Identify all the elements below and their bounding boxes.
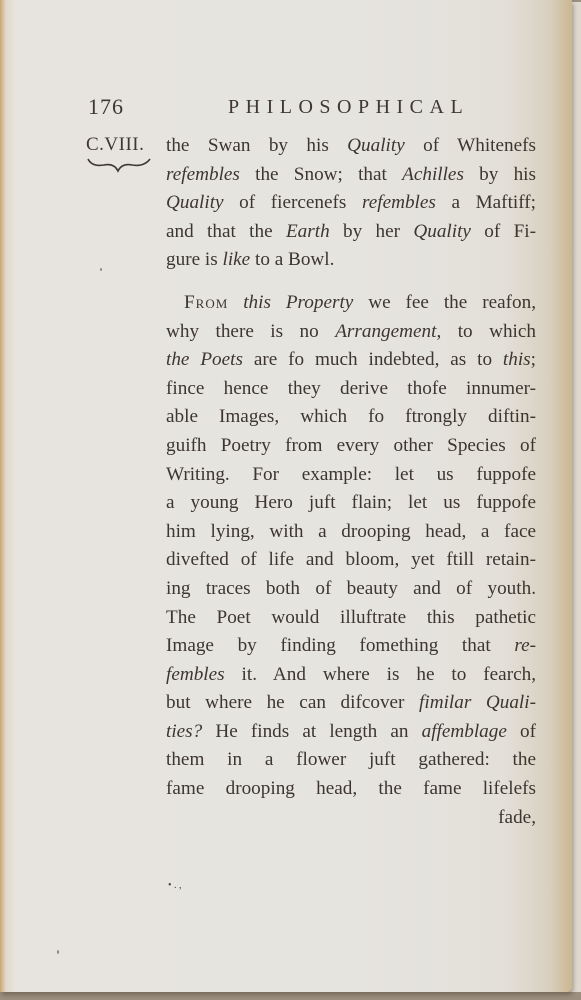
text-line: fembles it. And where is he to fearch, [166,661,536,690]
text-line: but where he can difcover fimilar Quali- [166,689,536,718]
running-head-title: PHILOSOPHICAL [228,96,469,119]
running-head: 176 PHILOSOPHICAL [88,94,540,122]
paper-speck [100,268,102,271]
text-line: him lying, with a drooping head, a face [166,518,536,547]
book-page: 176 PHILOSOPHICAL C.VIII. the Swan by hi… [0,0,572,992]
catchword: fade, [166,804,536,833]
text-line: why there is no Arrangement, to which [166,318,536,347]
paper-speck [57,950,59,954]
text-line: refembles the Snow; that Achilles by his [166,161,536,190]
text-line: ties? He finds at length an affemblage o… [166,718,536,747]
text-line: divefted of life and bloom, yet ftill re… [166,546,536,575]
text-line: From this Property we fee the reafon, [166,289,536,318]
text-line: fince hence they derive thofe innumer- [166,375,536,404]
signature-mark: • . , [168,880,182,891]
page-number: 176 [88,94,124,120]
text-line: the Poets are fo much indebted, as to th… [166,346,536,375]
text-line: fame drooping head, the fame lifelefs [166,775,536,804]
text-line: The Poet would illuftrate this pathetic [166,604,536,633]
text-line: ing traces both of beauty and of youth. [166,575,536,604]
text-line: Quality of fiercenefs refembles a Maftif… [166,189,536,218]
text-line: them in a flower juft gathered: the [166,746,536,775]
margin-note-chapter: C.VIII. [86,134,144,156]
text-line: Writing. For example: let us fuppofe [166,461,536,490]
body-text: the Swan by his Quality of Whitenefsrefe… [166,132,536,832]
text-line: able Images, which fo ftrongly diftin- [166,403,536,432]
text-line: and that the Earth by her Quality of Fi- [166,218,536,247]
paragraph-2: From this Property we fee the reafon,why… [166,289,536,804]
paragraph-1: the Swan by his Quality of Whitenefsrefe… [166,132,536,275]
text-line: a young Hero juft flain; let us fuppofe [166,489,536,518]
text-line: gure is like to a Bowl. [166,246,536,275]
text-line: guifh Poetry from every other Species of [166,432,536,461]
text-line: the Swan by his Quality of Whitenefs [166,132,536,161]
brace-ornament-icon [86,155,152,173]
text-line: Image by finding fomething that re- [166,632,536,661]
